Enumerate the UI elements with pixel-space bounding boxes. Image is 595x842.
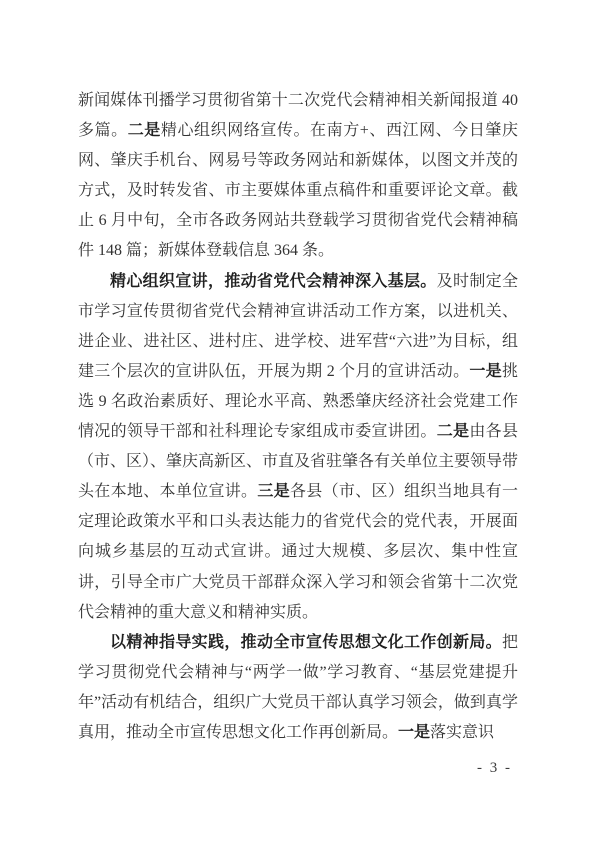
text-run: 落实意识	[430, 724, 494, 741]
paragraph-3: 以精神指导实践，推动全市宣传思想文化工作创新局。把学习贯彻党代会精神与“两学一做…	[78, 628, 518, 748]
document-body: 新闻媒体刊播学习贯彻省第十二次党代会精神相关新闻报道 40 多篇。二是精心组织网…	[78, 86, 518, 748]
document-page: 新闻媒体刊播学习贯彻省第十二次党代会精神相关新闻报道 40 多篇。二是精心组织网…	[0, 0, 595, 842]
bold-emphasis: 二是	[128, 122, 161, 139]
page-number: - 3 -	[78, 760, 512, 777]
text-run: 精心组织网络宣传。在南方+、西江网、今日肇庆网、肇庆手机台、网易号等政务网站和新…	[78, 122, 518, 259]
bold-emphasis: 一是	[398, 724, 430, 741]
paragraph-1: 新闻媒体刊播学习贯彻省第十二次党代会精神相关新闻报道 40 多篇。二是精心组织网…	[78, 86, 518, 267]
text-run: 各县（市、区）组织当地具有一定理论政策水平和口头表达能力的省党代会的党代表，开展…	[78, 483, 518, 620]
paragraph-heading: 精心组织宣讲，推动省党代会精神深入基层。	[110, 273, 437, 290]
bold-emphasis: 一是	[469, 363, 502, 380]
paragraph-heading: 以精神指导实践，推动全市宣传思想文化工作创新局。	[110, 634, 502, 651]
paragraph-2: 精心组织宣讲，推动省党代会精神深入基层。及时制定全市学习宣传贯彻省党代会精神宣讲…	[78, 267, 518, 628]
bold-emphasis: 二是	[437, 423, 470, 440]
bold-emphasis: 三是	[257, 483, 290, 500]
